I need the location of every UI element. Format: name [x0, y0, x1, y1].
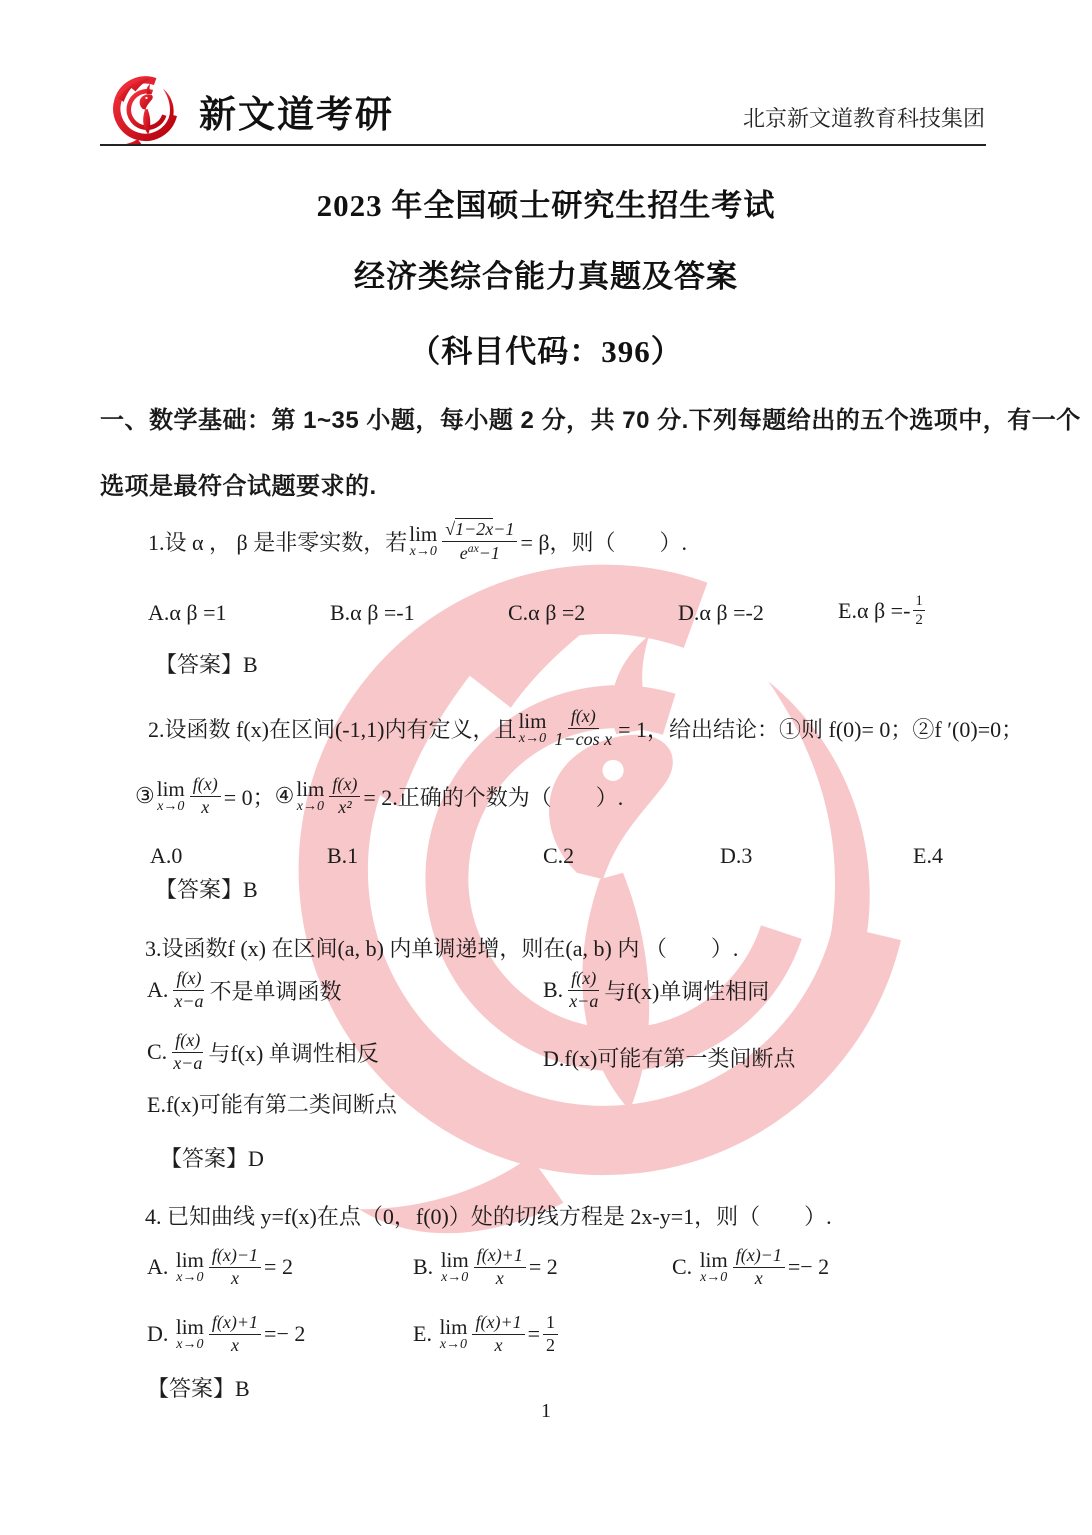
doc-title-line1: 2023 年全国硕士研究生招生考试: [0, 180, 1092, 225]
fraction-numerator: f(x)−1: [733, 1245, 785, 1268]
q3-option-a: A. f(x) x−a 不是单调函数: [147, 968, 342, 1012]
fraction: f(x)+1 x: [474, 1245, 526, 1289]
doc-title-line2: 经济类综合能力真题及答案: [0, 251, 1092, 296]
q3-option-c-text: 与f(x) 单调性相反: [208, 1037, 378, 1068]
fraction-numerator: f(x): [173, 968, 204, 991]
fraction-numerator: f(x): [568, 706, 599, 729]
lim-word: lim: [176, 1250, 204, 1271]
fraction: f(x) x: [190, 774, 221, 818]
fraction-denominator: x−a: [566, 991, 601, 1013]
question-2-stem-line2: ③ lim x→0 f(x) x = 0； ④ lim x→0 f(x) x² …: [135, 774, 623, 818]
brand-name: 新文道考研: [199, 84, 394, 138]
q4-option-e-equals: =: [528, 1321, 540, 1347]
fraction-numerator: 1: [543, 1312, 558, 1335]
fraction-numerator: f(x)+1: [209, 1312, 261, 1335]
fraction: f(x)+1 x: [472, 1312, 524, 1356]
q2-option-b: B.1: [327, 843, 358, 869]
question-1-stem: 1.设 α ， β 是非零实数，若 lim x→0 √1−2x−1 eax−1 …: [148, 518, 687, 564]
q3-option-d: D.f(x)可能有第一类间断点: [543, 1042, 795, 1073]
q3-option-a-text: 不是单调函数: [210, 975, 342, 1006]
limit-notation: limx→0: [439, 1317, 467, 1352]
fraction: f(x) 1−cos x: [551, 706, 615, 750]
lim-subscript: x→0: [157, 800, 184, 814]
q2-tail: = 2.正确的个数为（ ）.: [363, 781, 623, 812]
q3-stem-text: 3.设函数f (x) 在区间(a, b) 内单调递增，则在(a, b) 内 （ …: [145, 932, 738, 963]
fraction-numerator: f(x): [568, 968, 599, 991]
q4-option-d-rhs: =− 2: [264, 1321, 305, 1347]
q4-option-d: D. limx→0 f(x)+1 x =− 2: [147, 1312, 305, 1356]
q3-option-c-letter: C.: [147, 1039, 167, 1065]
q3-option-c: C. f(x) x−a 与f(x) 单调性相反: [147, 1030, 379, 1074]
fraction-denominator: x²: [335, 797, 354, 819]
section-intro-line2: 选项是最符合试题要求的.: [100, 466, 377, 501]
den-tail: −1: [479, 543, 500, 563]
lim-word: lim: [439, 1317, 467, 1338]
fraction-denominator: x−a: [170, 1053, 205, 1075]
fraction-denominator: x: [228, 1335, 242, 1357]
lim-word: lim: [441, 1250, 469, 1271]
q4-option-e: E. limx→0 f(x)+1 x = 1 2: [413, 1312, 561, 1356]
q4-stem-text: 4. 已知曲线 y=f(x)在点（0，f(0)）处的切线方程是 2x-y=1，则…: [145, 1200, 832, 1231]
phoenix-logo-icon: [103, 76, 185, 146]
q1-option-d: D.α β =-2: [678, 600, 764, 626]
fraction: 1 2: [913, 592, 925, 629]
q2-option-e: E.4: [913, 843, 943, 869]
q2-option-c: C.2: [543, 843, 574, 869]
q2-circled3: ③: [135, 783, 155, 809]
q4-option-c-letter: C.: [672, 1254, 692, 1280]
q2-answer: 【答案】B: [155, 873, 258, 904]
doc-title-line3: （科目代码：396）: [0, 326, 1092, 371]
fraction: √1−2x−1 eax−1: [442, 518, 517, 564]
lim-subscript: x→0: [519, 732, 546, 746]
fraction-denominator: x: [492, 1335, 506, 1357]
q2-stem-text: 2.设函数 f(x)在区间(-1,1)内有定义，且: [148, 713, 516, 744]
q4-option-b: B. limx→0 f(x)+1 x = 2: [413, 1245, 558, 1289]
fraction-numerator: f(x): [190, 774, 221, 797]
exam-page: 新文道考研 北京新文道教育科技集团 2023 年全国硕士研究生招生考试 经济类综…: [0, 0, 1092, 1535]
q4-answer: 【答案】B: [147, 1372, 250, 1403]
limit-notation: lim x→0: [518, 711, 546, 746]
limit-notation: limx→0: [176, 1317, 204, 1352]
header-divider: [100, 144, 986, 146]
q4-option-c: C. limx→0 f(x)−1 x =− 2: [672, 1245, 829, 1289]
fraction: f(x) x−a: [171, 968, 206, 1012]
fraction-denominator: x−a: [171, 991, 206, 1013]
q4-option-a: A. limx→0 f(x)−1 x = 2: [147, 1245, 293, 1289]
fraction-numerator: f(x)+1: [472, 1312, 524, 1335]
fraction-numerator: 1: [913, 592, 925, 611]
fraction: f(x)+1 x: [209, 1312, 261, 1356]
lim-word: lim: [518, 711, 546, 732]
limit-notation: limx→0: [441, 1250, 469, 1285]
fraction-denominator: x: [752, 1268, 766, 1290]
fraction-denominator: 1−cos x: [551, 729, 615, 751]
fraction-numerator: f(x)+1: [474, 1245, 526, 1268]
fraction-denominator: eax−1: [457, 542, 503, 565]
page-number: 1: [0, 1400, 1092, 1423]
q4-option-c-rhs: =− 2: [788, 1254, 829, 1280]
q2-option-a: A.0: [150, 843, 182, 869]
q1-stem-rhs: = β，则（ ）.: [520, 526, 687, 557]
question-4-stem: 4. 已知曲线 y=f(x)在点（0，f(0)）处的切线方程是 2x-y=1，则…: [145, 1200, 832, 1231]
lim-subscript: x→0: [410, 545, 437, 559]
fraction-numerator: f(x)−1: [209, 1245, 261, 1268]
limit-notation: limx→0: [176, 1250, 204, 1285]
phoenix-watermark-icon: [260, 545, 920, 1240]
q2-circled4: ④: [275, 783, 295, 809]
fraction-numerator: f(x): [329, 774, 360, 797]
q3-option-b-letter: B.: [543, 977, 563, 1003]
radicand: 1−2x: [455, 518, 493, 541]
q4-option-a-letter: A.: [147, 1254, 168, 1280]
lim-word: lim: [296, 779, 324, 800]
q1-option-c: C.α β =2: [508, 600, 585, 626]
q2-option-d: D.3: [720, 843, 752, 869]
fraction: f(x)−1 x: [209, 1245, 261, 1289]
lim-word: lim: [157, 779, 185, 800]
fraction-denominator: 2: [543, 1335, 558, 1357]
brand-logo: 新文道考研: [103, 76, 394, 146]
limit-notation: lim x→0: [409, 524, 437, 559]
fraction-numerator: f(x): [172, 1030, 203, 1053]
lim-subscript: x→0: [176, 1338, 203, 1352]
sqrt-sign: √: [445, 519, 455, 541]
question-3-stem: 3.设函数f (x) 在区间(a, b) 内单调递增，则在(a, b) 内 （ …: [145, 932, 738, 963]
fraction: f(x)−1 x: [733, 1245, 785, 1289]
q1-option-a: A.α β =1: [148, 600, 227, 626]
fraction: f(x) x−a: [170, 1030, 205, 1074]
lim-subscript: x→0: [440, 1338, 467, 1352]
fraction-denominator: x: [198, 797, 212, 819]
q3-option-a-letter: A.: [147, 977, 168, 1003]
question-2-stem-line1: 2.设函数 f(x)在区间(-1,1)内有定义，且 lim x→0 f(x) 1…: [148, 706, 1023, 750]
fraction-denominator: x: [493, 1268, 507, 1290]
lim-subscript: x→0: [441, 1271, 468, 1285]
section-intro-line1: 一、数学基础：第 1~35 小题，每小题 2 分，共 70 分.下列每题给出的五…: [100, 400, 1081, 435]
q1-answer: 【答案】B: [155, 648, 258, 679]
q4-option-e-letter: E.: [413, 1321, 432, 1347]
company-name: 北京新文道教育科技集团: [743, 102, 985, 133]
lim-word: lim: [700, 1250, 728, 1271]
fraction: 1 2: [543, 1312, 558, 1356]
q3-option-b: B. f(x) x−a 与f(x)单调性相同: [543, 968, 769, 1012]
q2-mid2: = 0；: [224, 781, 275, 812]
den-base: e: [460, 543, 468, 563]
lim-subscript: x→0: [297, 800, 324, 814]
q4-option-b-rhs: = 2: [529, 1254, 558, 1280]
fraction: f(x) x²: [329, 774, 360, 818]
lim-subscript: x→0: [700, 1271, 727, 1285]
fraction-numerator: √1−2x−1: [442, 518, 517, 542]
fraction-denominator: x: [228, 1268, 242, 1290]
q4-option-a-rhs: = 2: [264, 1254, 293, 1280]
q1-stem-text: 1.设 α ， β 是非零实数，若: [148, 526, 407, 557]
lim-word: lim: [176, 1317, 204, 1338]
limit-notation: limx→0: [700, 1250, 728, 1285]
q1-option-e: E.α β =- 1 2: [838, 592, 928, 629]
fraction: f(x) x−a: [566, 968, 601, 1012]
q3-option-b-text: 与f(x)单调性相同: [604, 975, 769, 1006]
q4-option-b-letter: B.: [413, 1254, 433, 1280]
limit-notation: lim x→0: [296, 779, 324, 814]
q4-option-d-letter: D.: [147, 1321, 168, 1347]
numerator-tail: −1: [493, 519, 514, 541]
q1-option-e-text: E.α β =-: [838, 598, 910, 624]
q2-stem-mid: = 1，给出结论：①则 f(0)= 0；②f ′(0)=0；: [618, 713, 1023, 744]
den-exponent: ax: [468, 542, 479, 555]
lim-subscript: x→0: [176, 1271, 203, 1285]
lim-word: lim: [409, 524, 437, 545]
q1-option-b: B.α β =-1: [330, 600, 415, 626]
limit-notation: lim x→0: [157, 779, 185, 814]
fraction-denominator: 2: [913, 611, 925, 629]
q3-option-e: E.f(x)可能有第二类间断点: [147, 1088, 397, 1119]
q3-answer: 【答案】D: [160, 1142, 264, 1173]
